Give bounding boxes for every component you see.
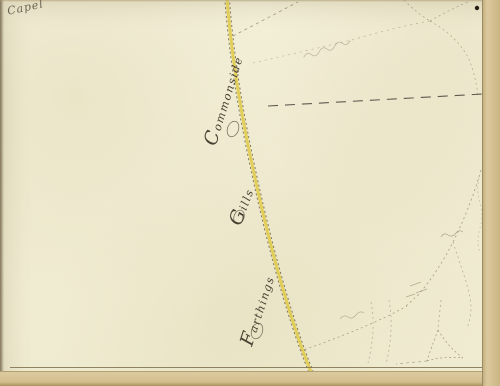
- field-boundary-b: [352, 21, 430, 40]
- map-sheet: Capel Commonside Gills Farthings: [0, 0, 500, 386]
- field-boundary-branch-up: [430, 1, 470, 21]
- boundary-branch-southeast: [453, 242, 471, 328]
- lane-east-side: [386, 300, 391, 364]
- track-west-dashes: [396, 361, 427, 364]
- page-edge-bottom: [0, 371, 500, 386]
- field-boundary-a: [253, 40, 352, 63]
- boundary-right-descending: [405, 170, 481, 307]
- scribble-field-name-a: [302, 41, 351, 58]
- page-edge-left: [0, 0, 4, 386]
- boundary-post-mark: [475, 6, 479, 10]
- scribble-field-name-b: [441, 231, 463, 237]
- field-boundary-branch-down: [430, 21, 478, 97]
- track-fork-base: [427, 357, 463, 361]
- lane-west-side: [368, 302, 373, 363]
- page-edge-top: [0, 0, 500, 2]
- map-neatline: [10, 367, 500, 368]
- track-fork-right: [438, 330, 463, 358]
- boundary-junction-curve: [233, 2, 298, 36]
- track-fork-left: [427, 330, 438, 361]
- track-stem-vertical: [438, 300, 441, 328]
- boundary-lower-continuation: [300, 306, 407, 351]
- slope-hatching: [406, 282, 427, 297]
- scribble-field-name-c: [340, 312, 364, 319]
- page-edge-right: [482, 0, 500, 386]
- field-boundary-branch-top: [404, 0, 430, 21]
- dashed-boundary-horizontal: [268, 94, 483, 106]
